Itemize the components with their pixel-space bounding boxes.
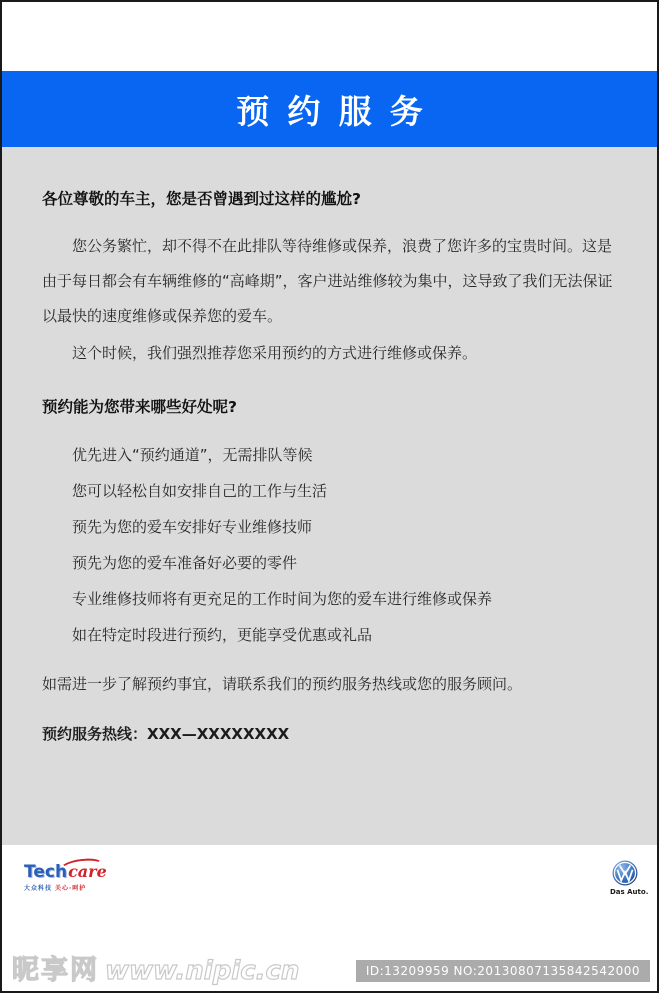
benefit-item: 专业维修技师将有更充足的工作时间为您的爱车进行维修或保养 — [42, 581, 617, 617]
techcare-wordmark: Techcare — [24, 862, 134, 882]
content-area: 各位尊敬的车主，您是否曾遇到过这样的尴尬? 您公务繁忙，却不得不在此排队等待维修… — [2, 147, 657, 845]
techcare-tagline-right: 关心·呵护 — [55, 885, 86, 892]
footer-band: Techcare 大众科技关心·呵护 — [2, 845, 657, 991]
vw-logo: Das Auto. — [610, 860, 640, 896]
section2-heading: 预约能为您带来哪些好处呢? — [42, 397, 617, 417]
watermark-site-url: www.nipic.cn — [105, 956, 299, 986]
hotline-text: 预约服务热线：XXX—XXXXXXXX — [42, 717, 617, 752]
title-band: 预约服务 — [2, 71, 657, 147]
techcare-tagline: 大众科技关心·呵护 — [24, 883, 134, 892]
benefit-item: 预先为您的爱车准备好必要的零件 — [42, 545, 617, 581]
poster-page: 预约服务 各位尊敬的车主，您是否曾遇到过这样的尴尬? 您公务繁忙，却不得不在此排… — [0, 0, 659, 993]
page-title: 预约服务 — [218, 86, 441, 133]
das-auto-caption: Das Auto. — [610, 888, 640, 896]
vw-roundel-icon — [612, 860, 638, 886]
section1-heading: 各位尊敬的车主，您是否曾遇到过这样的尴尬? — [42, 189, 617, 209]
benefits-list: 优先进入“预约通道”，无需排队等候 您可以轻松自如安排自己的工作与生活 预先为您… — [42, 437, 617, 653]
top-margin — [2, 2, 657, 71]
benefit-item: 如在特定时段进行预约，更能享受优惠或礼品 — [42, 617, 617, 653]
contact-note: 如需进一步了解预约事宜，请联系我们的预约服务热线或您的服务顾问。 — [42, 667, 617, 702]
watermark-site-text: 昵享网www.nipic.cn — [12, 948, 299, 987]
benefit-item: 您可以轻松自如安排自己的工作与生活 — [42, 473, 617, 509]
watermark-id-badge: ID:13209959 NO:20130807135842542000 — [356, 960, 650, 982]
benefit-item: 预先为您的爱车安排好专业维修技师 — [42, 509, 617, 545]
watermark-site-name: 昵享网 — [12, 955, 99, 986]
techcare-logo: Techcare 大众科技关心·呵护 — [24, 862, 134, 892]
techcare-tagline-left: 大众科技 — [24, 885, 52, 892]
paragraph-1: 您公务繁忙，却不得不在此排队等待维修或保养，浪费了您许多的宝贵时间。这是由于每日… — [42, 229, 617, 334]
benefit-item: 优先进入“预约通道”，无需排队等候 — [42, 437, 617, 473]
paragraph-2: 这个时候，我们强烈推荐您采用预约的方式进行维修或保养。 — [42, 336, 617, 371]
